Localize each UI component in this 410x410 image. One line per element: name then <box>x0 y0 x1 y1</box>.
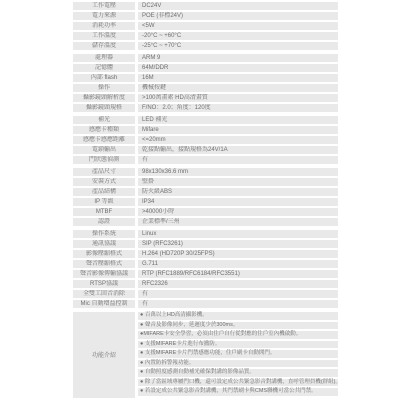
spec-row-value: 有 <box>138 300 338 308</box>
spec-row-value: SIP (RFC3261) <box>138 240 338 248</box>
spec-row-label: 攝影鏡頭解析度 <box>73 94 135 102</box>
spec-row-value: >40000小時 <box>138 208 338 216</box>
spec-row-label: 感應卡種類 <box>73 126 135 134</box>
spec-row-label: 聲音壓縮格式 <box>73 260 135 268</box>
spec-row: 安裝方式壁掛 <box>73 178 348 186</box>
spec-row-label: 全雙工回音消除 <box>73 290 135 298</box>
spec-row-value: 有 <box>138 290 338 298</box>
spec-row: 產品結構防火級ABS <box>73 188 348 196</box>
spec-row: MTBF>40000小時 <box>73 208 348 216</box>
spec-row-label: 認證 <box>73 218 135 226</box>
spec-row-label: 操作 <box>73 84 135 92</box>
spec-row-value: Linux <box>138 230 338 238</box>
spec-row-label: IP 等級 <box>73 198 135 206</box>
spec-row: 消耗功率<5W <box>73 22 348 30</box>
spec-row: 工作電壓DC24V <box>73 2 348 10</box>
spec-row: 通訊協議SIP (RFC3261) <box>73 240 348 248</box>
spec-row: 感應卡感應距離<=20mm <box>73 136 348 144</box>
spec-row-label: 記憶體 <box>73 64 135 72</box>
spec-row: 攝影鏡頭規格F/NO：2.0；角度：120度 <box>73 104 348 112</box>
features-section: 功能介紹● 百萬以上HD高清攝影機。● 聲音及影像同步，延遲度少於300ms。●… <box>73 312 348 398</box>
spec-row-label: 電鎖輸出 <box>73 146 135 154</box>
features-label: 功能介紹 <box>73 312 135 398</box>
feature-item: ● 除了當區域專屬門口機，還可設定成公共緊急影音對講機，直呼管理員機(群組)。 <box>138 379 338 387</box>
spec-row: 影像壓縮格式H.264 (HD720P 30/25FPS) <box>73 250 348 258</box>
spec-row-value: >100萬畫素 HD高清畫質 <box>138 94 338 102</box>
spec-row-value: 64M/DDR <box>138 64 338 72</box>
feature-item: ● 支援MIFARE卡片進行布撤防。 <box>138 341 338 349</box>
spec-row-label: Mic 自動增益控制 <box>73 300 135 308</box>
spec-row: 電鎖輸出乾接點輸出，接點規格為24V/1A <box>73 146 348 154</box>
features-list: ● 百萬以上HD高清攝影機。● 聲音及影像同步，延遲度少於300ms。●MIFA… <box>138 312 338 398</box>
spec-section: 處理器ARM 9記憶體64M/DDR內部 flash16M操作機械按鍵攝影鏡頭解… <box>73 54 348 112</box>
spec-row: 內部 flash16M <box>73 74 348 82</box>
spec-row-value: ARM 9 <box>138 54 338 62</box>
spec-row-value: 16M <box>138 74 338 82</box>
spec-row-value: F/NO：2.0；角度：120度 <box>138 104 338 112</box>
spec-row-label: 影像壓縮格式 <box>73 250 135 258</box>
spec-row-label: 工作溫度 <box>73 32 135 40</box>
spec-row-value: 98x130x36.6 mm <box>138 168 338 176</box>
spec-section: 工作電壓DC24V電力來源POE (非標24V)消耗功率<5W工作溫度-20°C… <box>73 2 348 50</box>
spec-row-label: 儲存溫度 <box>73 42 135 50</box>
spec-row-label: 工作電壓 <box>73 2 135 10</box>
spec-row: 工作溫度-20°C ~ +60°C <box>73 32 348 40</box>
spec-row-label: 內部 flash <box>73 74 135 82</box>
feature-item: ● 內置防拆警報功能。 <box>138 360 338 368</box>
spec-row: 聲音影像傳輸協議RTP (RFC1889/RFC6184/RFC3551) <box>73 270 348 278</box>
feature-item: ● 聲音及影像同步，延遲度少於300ms。 <box>138 322 338 330</box>
spec-row-label: 感應卡感應距離 <box>73 136 135 144</box>
spec-row-value: <=20mm <box>138 136 338 144</box>
spec-row-label: 處理器 <box>73 54 135 62</box>
spec-row-value: LED 補光 <box>138 116 338 124</box>
spec-row: IP 等級IP34 <box>73 198 348 206</box>
spec-row: 感應卡種類Mifare <box>73 126 348 134</box>
spec-row-value: IP34 <box>138 198 338 206</box>
feature-item: ● 支援MIFARE卡片門禁感應功能，住戶刷卡自動開門。 <box>138 350 338 358</box>
spec-row-value: -25°C ~ +70°C <box>138 42 338 50</box>
spec-row: 處理器ARM 9 <box>73 54 348 62</box>
spec-section: 補光LED 補光感應卡種類Mifare感應卡感應距離<=20mm電鎖輸出乾接點輸… <box>73 116 348 164</box>
spec-row-value: <5W <box>138 22 338 30</box>
spec-section: 產品尺寸98x130x36.6 mm安裝方式壁掛產品結構防火級ABSIP 等級I… <box>73 168 348 226</box>
feature-item: ● 百萬以上HD高清攝影機。 <box>138 312 338 320</box>
spec-table: 工作電壓DC24V電力來源POE (非標24V)消耗功率<5W工作溫度-20°C… <box>73 2 348 398</box>
spec-section: 操作系統Linux通訊協議SIP (RFC3261)影像壓縮格式H.264 (H… <box>73 230 348 308</box>
spec-row-value: DC24V <box>138 2 338 10</box>
spec-row: 補光LED 補光 <box>73 116 348 124</box>
spec-row: RTSP協議RFC2326 <box>73 280 348 288</box>
spec-row: 儲存溫度-25°C ~ +70°C <box>73 42 348 50</box>
spec-row-value: H.264 (HD720P 30/25FPS) <box>138 250 338 258</box>
spec-row-label: 操作系統 <box>73 230 135 238</box>
spec-row-label: 產品尺寸 <box>73 168 135 176</box>
spec-row-value: 乾接點輸出，接點規格為24V/1A <box>138 146 338 154</box>
spec-row-label: 通訊協議 <box>73 240 135 248</box>
spec-row-value: RTP (RFC1889/RFC6184/RFC3551) <box>138 270 338 278</box>
spec-row-label: 消耗功率 <box>73 22 135 30</box>
spec-row-label: 門狀態偵測 <box>73 156 135 164</box>
spec-row-label: 聲音影像傳輸協議 <box>73 270 135 278</box>
spec-row-value: G.711 <box>138 260 338 268</box>
spec-row: 攝影鏡頭解析度>100萬畫素 HD高清畫質 <box>73 94 348 102</box>
spec-row: 聲音壓縮格式G.711 <box>73 260 348 268</box>
feature-item: ● 自動照度感測自動補光確保對講的影像品質。 <box>138 369 338 377</box>
spec-row-label: 安裝方式 <box>73 178 135 186</box>
spec-row: 全雙工回音消除有 <box>73 290 348 298</box>
spec-row: Mic 自動增益控制有 <box>73 300 348 308</box>
spec-row-value: 有 <box>138 156 338 164</box>
spec-row-label: 攝影鏡頭規格 <box>73 104 135 112</box>
spec-row-value: Mifare <box>138 126 338 134</box>
spec-row-value: POE (非標24V) <box>138 12 338 20</box>
spec-row-label: MTBF <box>73 208 135 216</box>
spec-row-value: 壁掛 <box>138 178 338 186</box>
spec-row: 門狀態偵測有 <box>73 156 348 164</box>
spec-row-value: 防火級ABS <box>138 188 338 196</box>
spec-row: 操作機械按鍵 <box>73 84 348 92</box>
spec-row-value: -20°C ~ +60°C <box>138 32 338 40</box>
spec-row-value: RFC2326 <box>138 280 338 288</box>
feature-item: ●MIFARE卡安全學習，必須由住戶自行從對應的住戶室內機啟動。 <box>138 331 338 339</box>
spec-row: 認證企業標準/三州 <box>73 218 348 226</box>
spec-row: 產品尺寸98x130x36.6 mm <box>73 168 348 176</box>
spec-row-label: 補光 <box>73 116 135 124</box>
spec-row-value: 企業標準/三州 <box>138 218 338 226</box>
spec-row: 記憶體64M/DDR <box>73 64 348 72</box>
feature-item: ● 若設定成公共緊急影音對講機，其門禁刷卡與CMS聯機可當公共門禁。 <box>138 388 338 396</box>
spec-row: 操作系統Linux <box>73 230 348 238</box>
spec-row-value: 機械按鍵 <box>138 84 338 92</box>
spec-row-label: 電力來源 <box>73 12 135 20</box>
spec-row-label: 產品結構 <box>73 188 135 196</box>
spec-row-label: RTSP協議 <box>73 280 135 288</box>
spec-row: 電力來源POE (非標24V) <box>73 12 348 20</box>
